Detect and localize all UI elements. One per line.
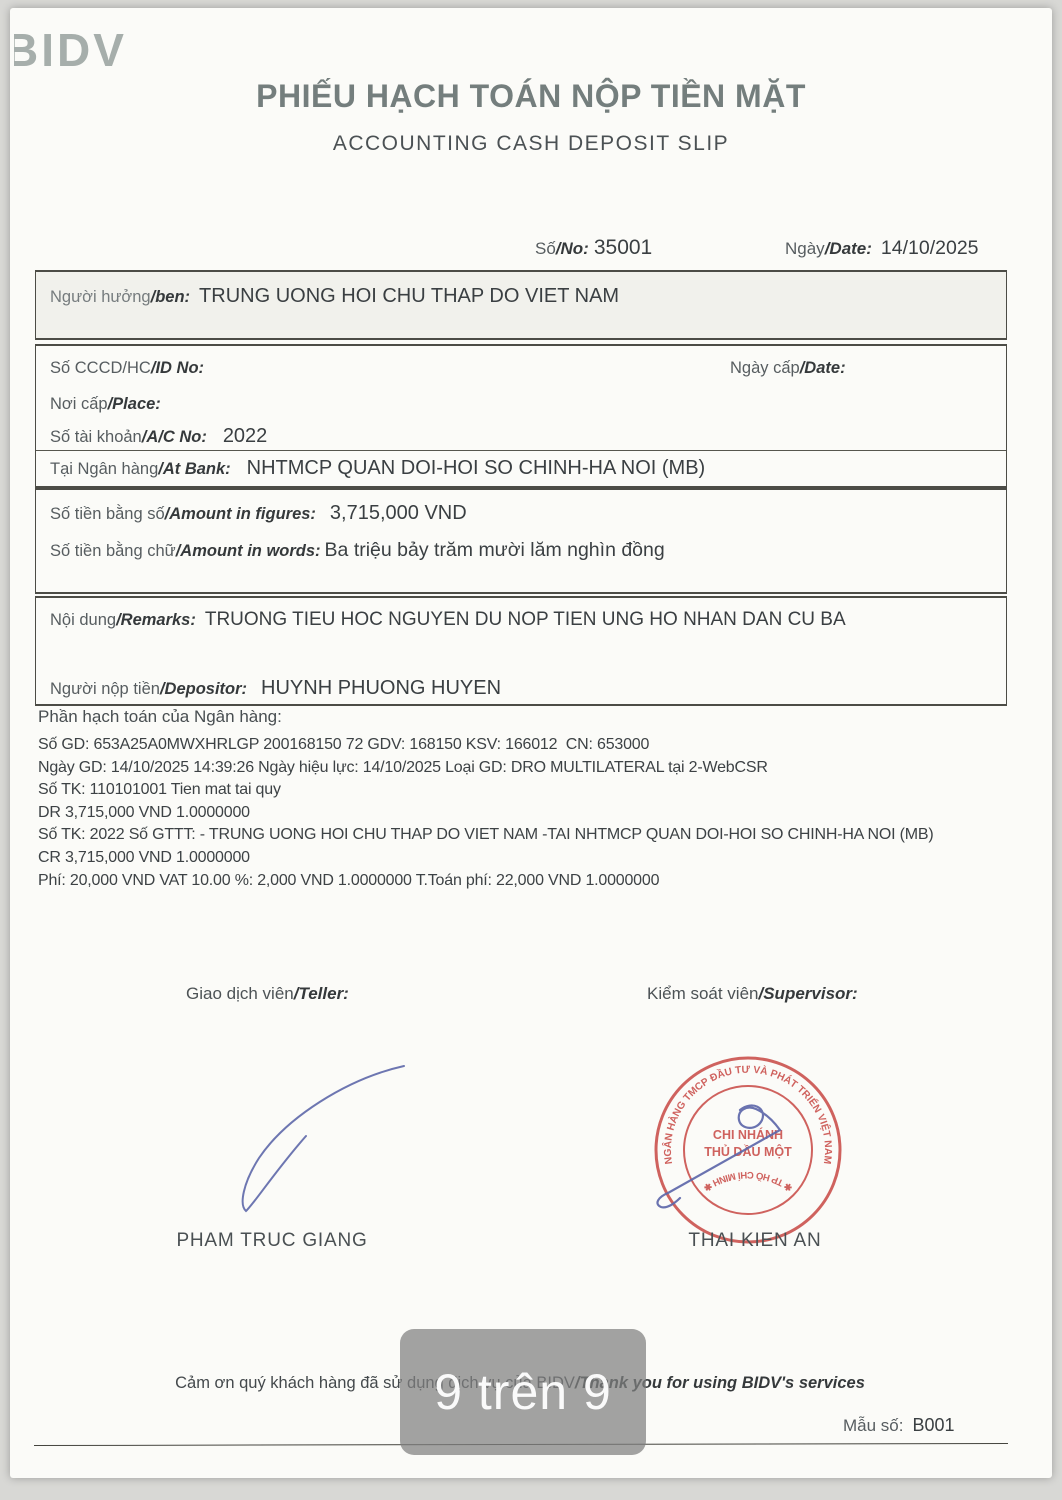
beneficiary-label-vi: Người hưởng	[50, 288, 151, 306]
form-number: Mẫu số:B001	[843, 1415, 955, 1436]
svg-text:✱ TP HỒ CHÍ MINH ✱: ✱ TP HỒ CHÍ MINH ✱	[700, 1169, 795, 1194]
teller-name: PHAM TRUC GIANG	[160, 1230, 384, 1252]
id-number-field: Số CCCD/HC/ID No:	[50, 356, 213, 379]
accounting-line: Số TK: 2022 Số GTTT: - TRUNG UONG HOI CH…	[38, 824, 933, 847]
doc-date-label-en: /Date:	[825, 239, 872, 258]
bidv-logo: BIDV	[14, 24, 144, 78]
depositor-value: HUYNH PHUONG HUYEN	[261, 677, 501, 699]
remarks-box: Nội dung/Remarks:TRUONG TIEU HOC NGUYEN …	[35, 596, 1007, 706]
teller-signature-stroke	[243, 1066, 404, 1211]
page-indicator-overlay: 9 trên 9	[400, 1329, 646, 1455]
issue-place-label-en: /Place:	[108, 395, 161, 413]
remarks-label-vi: Nội dung	[50, 611, 116, 629]
box-divider	[36, 450, 1006, 451]
deposit-slip-sheet: BIDV PHIẾU HẠCH TOÁN NỘP TIỀN MẶT ACCOUN…	[10, 8, 1052, 1478]
id-number-label-vi: Số CCCD/HC	[50, 359, 151, 377]
account-number-label-en: /A/C No:	[142, 428, 207, 446]
accounting-line: CR 3,715,000 VND 1.0000000	[38, 847, 933, 870]
amount-figures-label-en: /Amount in figures:	[165, 505, 316, 523]
form-number-label: Mẫu số:	[843, 1416, 903, 1435]
amount-words-value: Ba triệu bảy trăm mười lăm nghìn đồng	[325, 539, 665, 561]
account-number-value: 2022	[223, 425, 268, 447]
accounting-line: Số GD: 653A25A0MWXHRLGP 200168150 72 GDV…	[38, 734, 933, 757]
depositor-label-vi: Người nộp tiền	[50, 680, 160, 698]
bank-field: Tại Ngân hàng/At Bank:NHTMCP QUAN DOI-HO…	[50, 457, 705, 480]
issue-date-label-en: /Date:	[800, 359, 846, 377]
accounting-line: Phí: 20,000 VND VAT 10.00 %: 2,000 VND 1…	[38, 870, 933, 893]
amount-figures-label-vi: Số tiền bằng số	[50, 505, 165, 523]
id-number-label-en: /ID No:	[151, 359, 204, 377]
issue-date-label-vi: Ngày cấp	[730, 359, 800, 377]
doc-date: Ngày/Date:14/10/2025	[785, 237, 979, 260]
supervisor-label-en: /Supervisor:	[759, 984, 858, 1003]
beneficiary-label-en: /ben:	[151, 288, 190, 306]
bank-label-en: /At Bank:	[158, 460, 230, 478]
remarks-value: TRUONG TIEU HOC NGUYEN DU NOP TIEN UNG H…	[205, 609, 846, 630]
amount-words-label-en: /Amount in words:	[176, 542, 321, 560]
supervisor-name: THAI KIEN AN	[643, 1230, 867, 1252]
amount-box: Số tiền bằng số/Amount in figures:3,715,…	[35, 488, 1007, 594]
doc-date-value: 14/10/2025	[881, 237, 979, 259]
beneficiary-value: TRUNG UONG HOI CHU THAP DO VIET NAM	[199, 285, 619, 307]
beneficiary-box: Người hưởng/ben:TRUNG UONG HOI CHU THAP …	[35, 270, 1007, 340]
supervisor-label-vi: Kiểm soát viên	[647, 984, 759, 1003]
beneficiary-field: Người hưởng/ben:TRUNG UONG HOI CHU THAP …	[50, 285, 619, 308]
bidv-logo-text: BIDV	[14, 24, 127, 76]
payer-info-box: Số CCCD/HC/ID No: Ngày cấp/Date: Nơi cấp…	[35, 344, 1007, 488]
doc-number-label-en: /No:	[556, 239, 589, 258]
remarks-field: Nội dung/Remarks:TRUONG TIEU HOC NGUYEN …	[50, 609, 846, 631]
doc-number: Số/No:35001	[535, 236, 652, 260]
doc-number-label-vi: Số	[535, 239, 556, 258]
doc-date-label-vi: Ngày	[785, 239, 825, 258]
accounting-line: Ngày GD: 14/10/2025 14:39:26 Ngày hiệu l…	[38, 757, 933, 780]
depositor-field: Người nộp tiền/Depositor:HUYNH PHUONG HU…	[50, 677, 501, 700]
accounting-lines: Số GD: 653A25A0MWXHRLGP 200168150 72 GDV…	[38, 734, 933, 892]
issue-place-field: Nơi cấp/Place:	[50, 392, 170, 415]
slip-subtitle: ACCOUNTING CASH DEPOSIT SLIP	[10, 132, 1052, 156]
accounting-section-heading: Phần hạch toán của Ngân hàng:	[38, 707, 282, 727]
issue-date-field: Ngày cấp/Date:	[730, 356, 855, 379]
amount-figures-field: Số tiền bằng số/Amount in figures:3,715,…	[50, 502, 467, 525]
stamp-branch-line2: THỦ DẦU MỘT	[704, 1144, 792, 1159]
account-number-label-vi: Số tài khoản	[50, 428, 142, 446]
depositor-label-en: /Depositor:	[160, 680, 247, 698]
accounting-line: Số TK: 110101001 Tien mat tai quy	[38, 779, 933, 802]
supervisor-label: Kiểm soát viên/Supervisor:	[647, 984, 858, 1004]
amount-words-field: Số tiền bằng chữ/Amount in words:Ba triệ…	[50, 539, 665, 562]
issue-place-label-vi: Nơi cấp	[50, 395, 108, 413]
remarks-label-en: /Remarks:	[116, 611, 196, 629]
teller-label-en: /Teller:	[294, 984, 349, 1003]
screenshot-viewport: BIDV PHIẾU HẠCH TOÁN NỘP TIỀN MẶT ACCOUN…	[0, 0, 1062, 1500]
bank-label-vi: Tại Ngân hàng	[50, 460, 158, 478]
account-number-field: Số tài khoản/A/C No:2022	[50, 425, 267, 448]
form-number-value: B001	[912, 1415, 954, 1435]
slip-title: PHIẾU HẠCH TOÁN NỘP TIỀN MẶT	[10, 78, 1052, 115]
amount-figures-value: 3,715,000 VND	[330, 502, 467, 524]
doc-number-value: 35001	[594, 236, 652, 259]
teller-label-vi: Giao dịch viên	[186, 984, 294, 1003]
bank-value: NHTMCP QUAN DOI-HOI SO CHINH-HA NOI (MB)	[247, 457, 706, 479]
amount-words-label-vi: Số tiền bằng chữ	[50, 542, 176, 560]
bank-stamp: NGÂN HÀNG TMCP ĐẦU TƯ VÀ PHÁT TRIỂN VIỆT…	[648, 1050, 848, 1250]
accounting-line: DR 3,715,000 VND 1.0000000	[38, 802, 933, 825]
stamp-ring-bottom-text: ✱ TP HỒ CHÍ MINH ✱	[700, 1169, 795, 1194]
teller-label: Giao dịch viên/Teller:	[186, 984, 349, 1004]
